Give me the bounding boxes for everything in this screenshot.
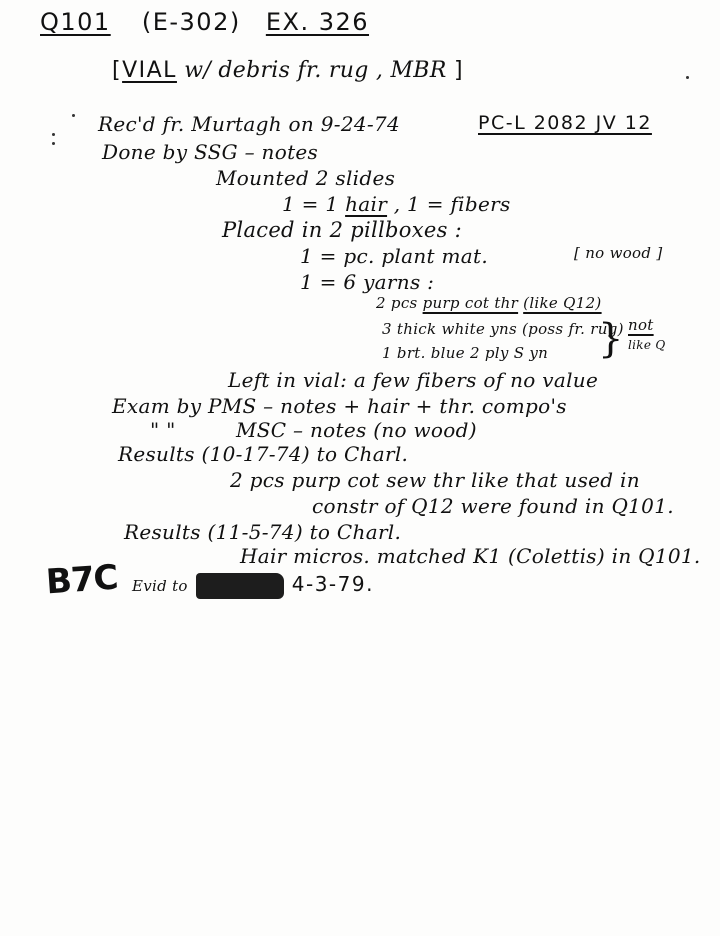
scan-speck xyxy=(686,76,689,79)
bracket-open: [ xyxy=(112,58,122,83)
scan-speck xyxy=(72,114,75,117)
results-2-heading: Results (11-5-74) to Charl. xyxy=(124,520,401,544)
pillboxes-heading: Placed in 2 pillboxes : xyxy=(222,218,462,242)
mounted-line: Mounted 2 slides xyxy=(216,166,395,190)
exam-msc: MSC – notes (no wood) xyxy=(236,418,477,442)
exam-ditto: " " xyxy=(150,418,176,442)
slides-suffix: , 1 = fibers xyxy=(394,192,511,216)
evidence-prefix: Evid to xyxy=(132,577,188,595)
evidence-line: Evid to4-3-79. xyxy=(132,572,374,599)
scan-speck xyxy=(52,133,55,136)
e-number: (E-302) xyxy=(142,8,241,36)
yarn-item-2: 3 thick white yns (poss fr. rug) xyxy=(382,320,624,338)
no-wood-note: [ no wood ] xyxy=(574,244,663,262)
pillbox-item-2: 1 = 6 yarns : xyxy=(300,270,434,294)
exam-pms: Exam by PMS – notes + hair + thr. compo'… xyxy=(112,394,567,418)
file-reference: PC-L 2082 JV 12 xyxy=(478,112,652,134)
item-id: Q101 xyxy=(40,8,111,36)
slides-hair: hair xyxy=(345,192,387,216)
exhibit-number: EX. 326 xyxy=(266,8,369,36)
left-in-vial: Left in vial: a few fibers of no value xyxy=(228,368,598,392)
brace-icon: } xyxy=(598,316,623,362)
yarn-1-desc: purp cot thr xyxy=(423,294,519,312)
pillbox-item-1: 1 = pc. plant mat. xyxy=(300,244,488,268)
results-1-line-2: constr of Q12 were found in Q101. xyxy=(312,494,674,518)
description-line: [VIAL w/ debris fr. rug , MBR ] xyxy=(112,58,464,83)
yarn-1-count: 2 pcs xyxy=(376,294,418,312)
yarn-item-1: 2 pcs purp cot thr (like Q12) xyxy=(376,294,602,312)
b7c-stamp: B7C xyxy=(45,558,119,603)
redaction-block xyxy=(196,573,284,599)
description-label: VIAL xyxy=(122,58,177,83)
results-1-heading: Results (10-17-74) to Charl. xyxy=(118,442,408,466)
received-line: Rec'd fr. Murtagh on 9-24-74 xyxy=(98,112,400,136)
slides-prefix: 1 = 1 xyxy=(282,192,338,216)
not-like-note-1: not xyxy=(628,316,654,334)
not-like-note-2: like Q xyxy=(628,338,666,352)
description-text: w/ debris fr. rug , MBR xyxy=(184,58,446,83)
evidence-date: 4-3-79. xyxy=(292,572,374,596)
scan-speck xyxy=(52,142,55,145)
yarn-item-3: 1 brt. blue 2 ply S yn xyxy=(382,344,548,362)
bracket-close: ] xyxy=(454,58,464,83)
results-2-line-1: Hair micros. matched K1 (Colettis) in Q1… xyxy=(240,544,701,568)
header-row: Q101 (E-302) EX. 326 xyxy=(40,8,369,36)
yarn-1-note: (like Q12) xyxy=(523,294,601,312)
results-1-line-1: 2 pcs purp cot sew thr like that used in xyxy=(230,468,640,492)
slides-line: 1 = 1 hair , 1 = fibers xyxy=(282,192,511,216)
done-by-line: Done by SSG – notes xyxy=(102,140,318,164)
